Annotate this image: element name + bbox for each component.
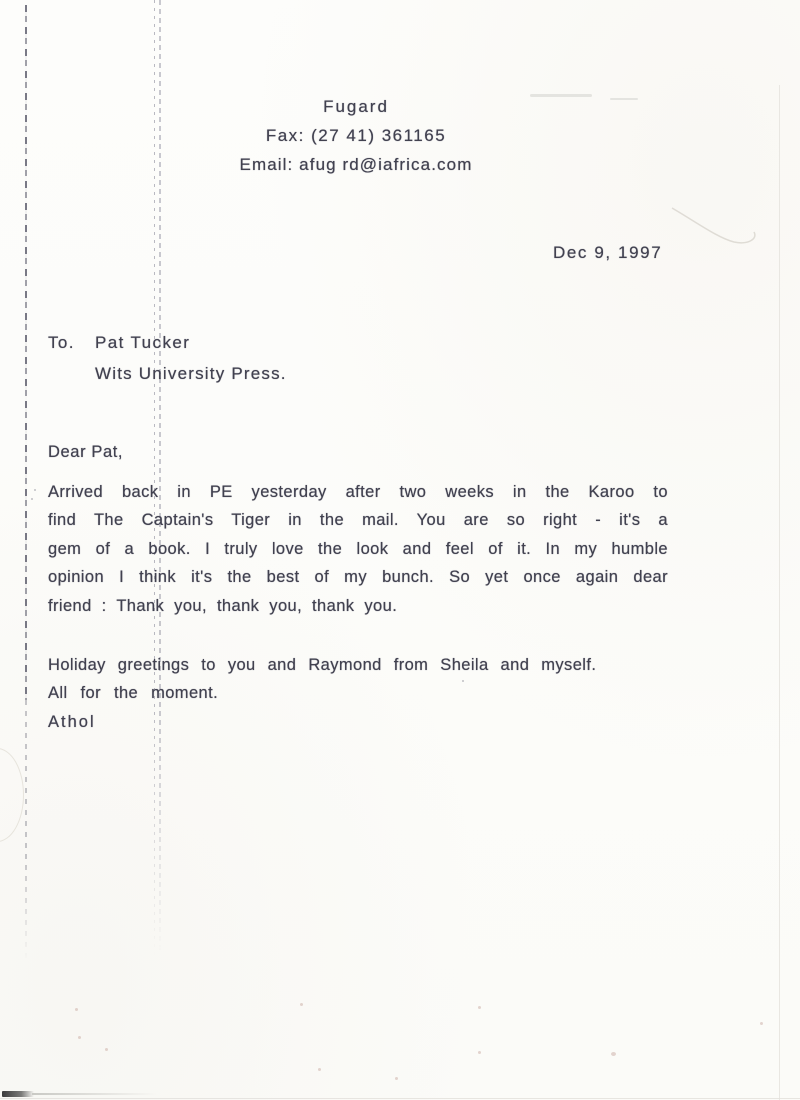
closing-line-holiday: Holiday greetings to you and Raymond fro… [48, 651, 668, 679]
date-line: Dec 9, 1997 [553, 243, 662, 263]
salutation: Dear Pat, [48, 443, 123, 462]
scan-artifact-speck [611, 1052, 616, 1056]
scan-artifact-bottom-streak [32, 1093, 157, 1095]
scan-artifact-speck [34, 489, 36, 491]
body-line-5: friend : Thank you, thank you, thank you… [48, 592, 668, 620]
scan-artifact-bottom-edge [0, 1098, 800, 1099]
closing-paragraph: Holiday greetings to you and Raymond fro… [48, 651, 668, 736]
scan-page: Fugard Fax: (27 41) 361165 Email: afug r… [0, 0, 800, 1100]
recipient-row: To.Pat Tucker [48, 327, 287, 358]
scan-artifact-left-dashed-line-lower [25, 700, 27, 962]
recipient-to-label: To. [48, 327, 95, 358]
scan-artifact-speck [75, 1008, 78, 1011]
recipient-organization: Wits University Press. [95, 358, 287, 389]
scan-artifact-left-arc [0, 748, 24, 842]
scan-artifact-speck [760, 1022, 763, 1025]
scan-artifact-speck [105, 1048, 108, 1051]
letterhead: Fugard Fax: (27 41) 361165 Email: afug r… [56, 92, 656, 179]
scan-artifact-speck [31, 498, 33, 500]
closing-line-all: All for the moment. [48, 679, 668, 707]
body-paragraph-main: Arrived back in PE yesterday after two w… [48, 478, 668, 620]
scan-artifact-speck [300, 1003, 303, 1006]
recipient-block: To.Pat Tucker Wits University Press. [48, 327, 287, 389]
scan-artifact-crease-curve [668, 200, 768, 252]
body-line-3: gem of a book. I truly love the look and… [48, 535, 668, 563]
letterhead-name: Fugard [56, 92, 656, 121]
recipient-name: Pat Tucker [95, 333, 190, 352]
scan-artifact-speck [78, 1036, 81, 1039]
scan-artifact-speck [478, 1051, 481, 1054]
scan-artifact-speck [318, 1068, 321, 1071]
scan-artifact-left-dashed-line [25, 5, 27, 700]
scan-artifact-speck [478, 1006, 481, 1009]
body-line-2: find The Captain's Tiger in the mail. Yo… [48, 506, 668, 534]
scan-artifact-speck [395, 1077, 398, 1080]
scan-artifact-bottom-smudge [2, 1091, 34, 1097]
body-line-1: Arrived back in PE yesterday after two w… [48, 478, 668, 506]
scan-artifact-right-edge-line [779, 85, 780, 1100]
signature-name: Athol [48, 708, 668, 736]
letterhead-email-line: Email: afug rd@iafrica.com [56, 150, 656, 179]
letterhead-fax-line: Fax: (27 41) 361165 [56, 121, 656, 150]
body-line-4: opinion I think it's the best of my bunc… [48, 563, 668, 591]
